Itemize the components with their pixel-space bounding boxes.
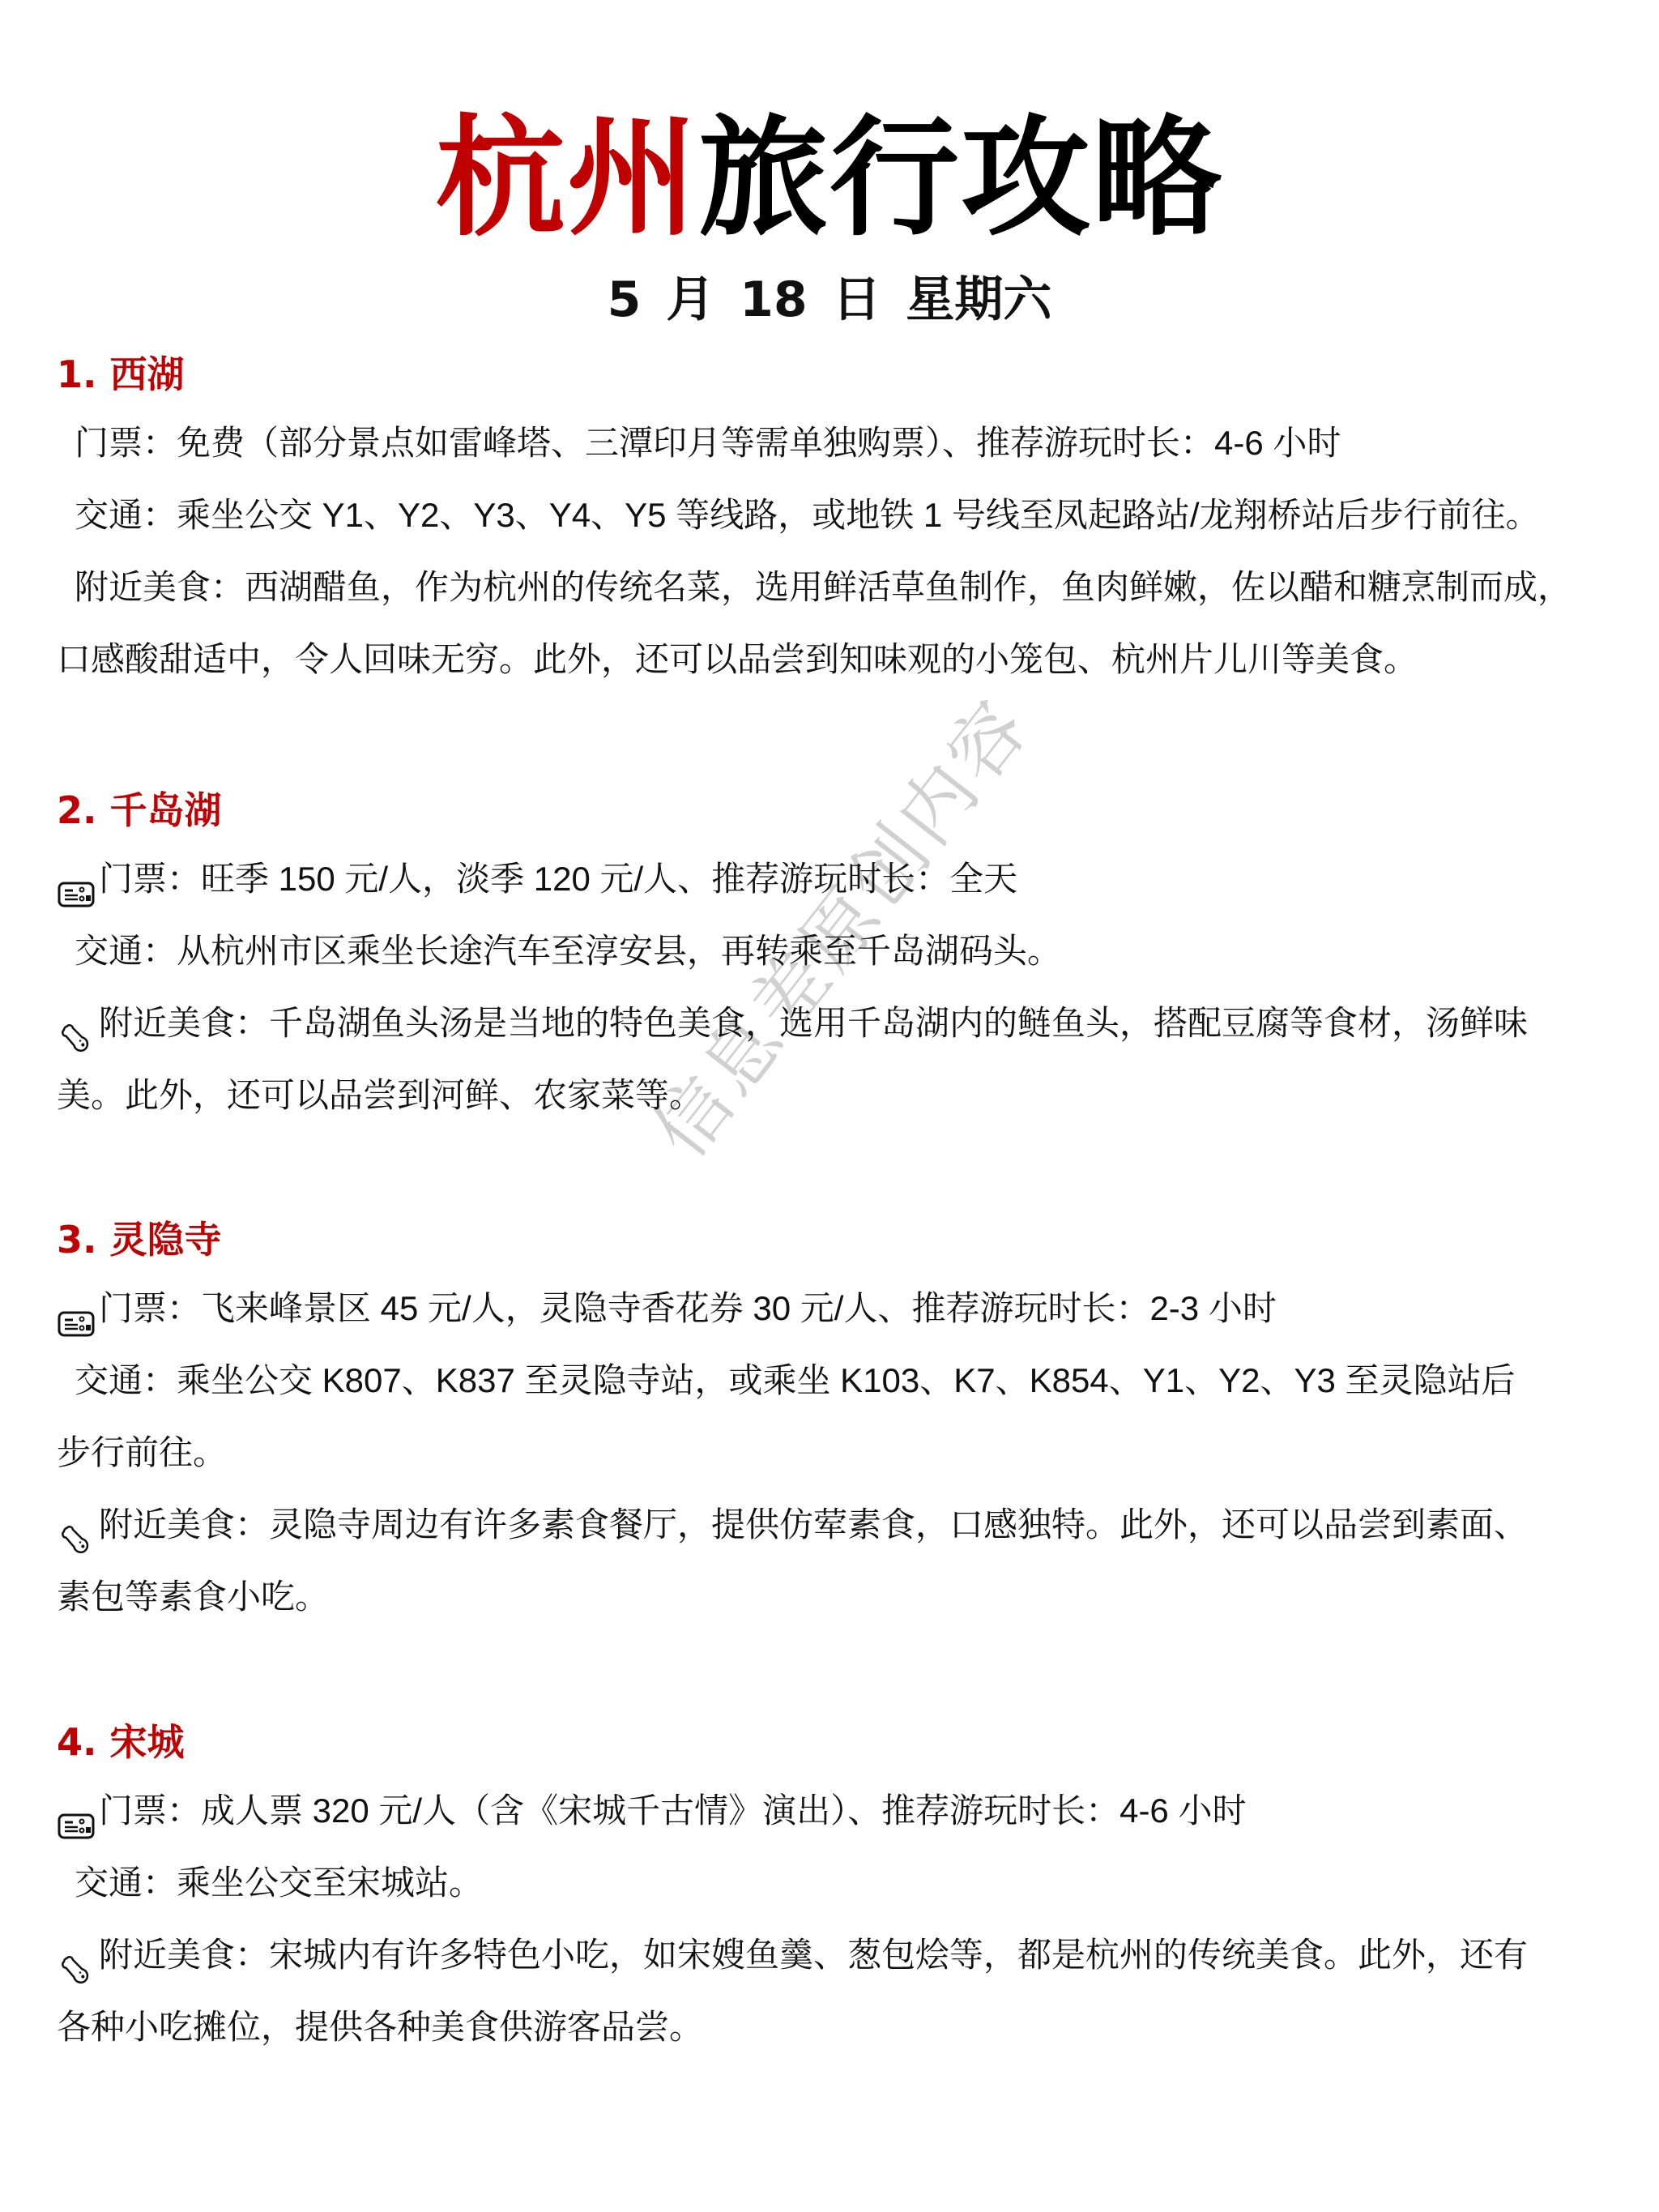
- section-title: 2. 千岛湖: [57, 786, 1628, 835]
- food-line-continued: 素包等素食小吃。: [57, 1561, 1628, 1633]
- food-line: 附近美食：西湖醋鱼，作为杭州的传统名菜，选用鲜活草鱼制作，鱼肉鲜嫩，佐以醋和糖烹…: [57, 551, 1628, 623]
- transport-text: 交通：从杭州市区乘坐长途汽车至淳安县，再转乘至千岛湖码头。: [75, 915, 1061, 987]
- date-heading: 5 月 18 日 星期六: [0, 267, 1659, 332]
- food-text-continued: 美。此外，还可以品尝到河鲜、农家菜等。: [57, 1059, 703, 1131]
- section-title: 4. 宋城: [57, 1718, 1628, 1766]
- transport-line: 交通：乘坐公交 Y1、Y2、Y3、Y4、Y5 等线路，或地铁 1 号线至凤起路站…: [57, 479, 1628, 551]
- drumstick-icon: [57, 1007, 96, 1040]
- page-title: 杭州旅行攻略: [0, 97, 1659, 259]
- section-title: 1. 西湖: [57, 350, 1628, 399]
- ticket-text: 门票：飞来峰景区 45 元/人，灵隐寺香花券 30 元/人、推荐游玩时长：2-3…: [99, 1272, 1277, 1344]
- ticket-text: 门票：旺季 150 元/人，淡季 120 元/人、推荐游玩时长：全天: [99, 843, 1017, 915]
- transport-line: 交通：乘坐公交至宋城站。: [57, 1847, 1628, 1919]
- food-line-continued: 美。此外，还可以品尝到河鲜、农家菜等。: [57, 1059, 1628, 1131]
- food-text: 附近美食：千岛湖鱼头汤是当地的特色美食，选用千岛湖内的鲢鱼头，搭配豆腐等食材，汤…: [99, 987, 1528, 1059]
- drumstick-icon: [57, 1939, 96, 1971]
- food-text: 附近美食：灵隐寺周边有许多素食餐厅，提供仿荤素食，口感独特。此外，还可以品尝到素…: [99, 1488, 1528, 1561]
- food-line: 附近美食：宋城内有许多特色小吃，如宋嫂鱼羹、葱包烩等，都是杭州的传统美食。此外，…: [57, 1919, 1628, 1991]
- transport-text: 交通：乘坐公交 Y1、Y2、Y3、Y4、Y5 等线路，或地铁 1 号线至凤起路站…: [75, 479, 1540, 551]
- food-text-continued: 素包等素食小吃。: [57, 1561, 329, 1633]
- ticket-line: 门票：成人票 320 元/人（含《宋城千古情》演出）、推荐游玩时长：4-6 小时: [57, 1774, 1628, 1847]
- food-text: 附近美食：西湖醋鱼，作为杭州的传统名菜，选用鲜活草鱼制作，鱼肉鲜嫩，佐以醋和糖烹…: [75, 551, 1572, 623]
- transport-line: 交通：乘坐公交 K807、K837 至灵隐寺站，或乘坐 K103、K7、K854…: [57, 1344, 1628, 1416]
- title-city: 杭州: [436, 102, 698, 254]
- section-title: 3. 灵隐寺: [57, 1215, 1628, 1264]
- transport-text: 交通：乘坐公交 K807、K837 至灵隐寺站，或乘坐 K103、K7、K854…: [75, 1344, 1516, 1416]
- food-text-continued: 各种小吃摊位，提供各种美食供游客品尝。: [57, 1991, 703, 2063]
- ticket-icon: [57, 1795, 96, 1827]
- section-lingyin-temple: 3. 灵隐寺 门票：飞来峰景区 45 元/人，灵隐寺香花券 30 元/人、推荐游…: [57, 1215, 1628, 1633]
- ticket-icon: [57, 863, 96, 895]
- ticket-line: 门票：旺季 150 元/人，淡季 120 元/人、推荐游玩时长：全天: [57, 843, 1628, 915]
- transport-text: 交通：乘坐公交至宋城站。: [75, 1847, 483, 1919]
- section-west-lake: 1. 西湖 门票：免费（部分景点如雷峰塔、三潭印月等需单独购票）、推荐游玩时长：…: [57, 350, 1628, 695]
- transport-line: 交通：从杭州市区乘坐长途汽车至淳安县，再转乘至千岛湖码头。: [57, 915, 1628, 987]
- food-line: 附近美食：灵隐寺周边有许多素食餐厅，提供仿荤素食，口感独特。此外，还可以品尝到素…: [57, 1488, 1628, 1561]
- food-line: 附近美食：千岛湖鱼头汤是当地的特色美食，选用千岛湖内的鲢鱼头，搭配豆腐等食材，汤…: [57, 987, 1628, 1059]
- transport-line-continued: 步行前往。: [57, 1416, 1628, 1488]
- ticket-text: 门票：成人票 320 元/人（含《宋城千古情》演出）、推荐游玩时长：4-6 小时: [99, 1774, 1246, 1847]
- drumstick-icon: [57, 1509, 96, 1541]
- food-text: 附近美食：宋城内有许多特色小吃，如宋嫂鱼羹、葱包烩等，都是杭州的传统美食。此外，…: [99, 1919, 1528, 1991]
- title-rest: 旅行攻略: [698, 102, 1223, 254]
- ticket-line: 门票：免费（部分景点如雷峰塔、三潭印月等需单独购票）、推荐游玩时长：4-6 小时: [57, 407, 1628, 479]
- food-text-continued: 口感酸甜适中，令人回味无穷。此外，还可以品尝到知味观的小笼包、杭州片儿川等美食。: [57, 623, 1418, 695]
- ticket-line: 门票：飞来峰景区 45 元/人，灵隐寺香花券 30 元/人、推荐游玩时长：2-3…: [57, 1272, 1628, 1344]
- food-line-continued: 各种小吃摊位，提供各种美食供游客品尝。: [57, 1991, 1628, 2063]
- ticket-icon: [57, 1292, 96, 1325]
- food-line-continued: 口感酸甜适中，令人回味无穷。此外，还可以品尝到知味观的小笼包、杭州片儿川等美食。: [57, 623, 1628, 695]
- transport-text-continued: 步行前往。: [57, 1416, 227, 1488]
- ticket-text: 门票：免费（部分景点如雷峰塔、三潭印月等需单独购票）、推荐游玩时长：4-6 小时: [75, 407, 1341, 479]
- section-qiandao-lake: 2. 千岛湖 门票：旺季 150 元/人，淡季 120 元/人、推荐游玩时长：全…: [57, 786, 1628, 1131]
- section-song-city: 4. 宋城 门票：成人票 320 元/人（含《宋城千古情》演出）、推荐游玩时长：…: [57, 1718, 1628, 2063]
